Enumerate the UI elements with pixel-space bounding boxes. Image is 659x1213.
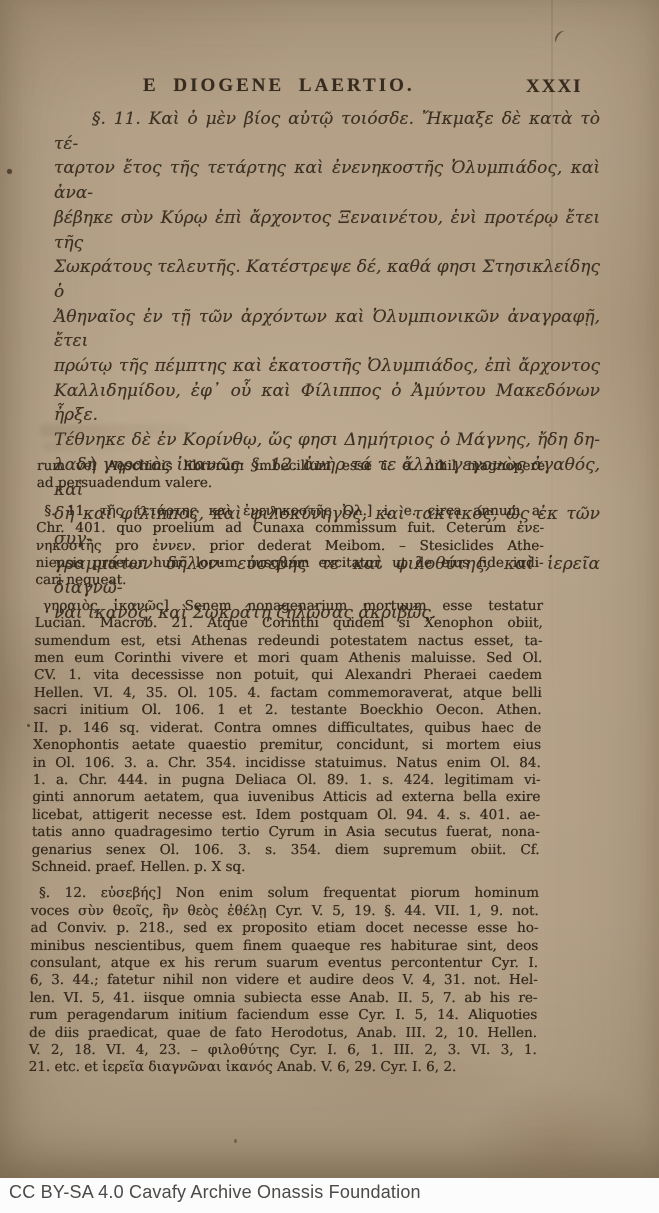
text-line: πρώτῳ τῆς πέμπτης καὶ ἑκατοστῆς Ὀλυμπιάδ…	[54, 354, 600, 379]
paper-speck	[7, 169, 12, 174]
text-line: minibus nescientibus, quem finem quaeque…	[30, 938, 538, 955]
commentary-paragraph: §. 11. τῆς τετάρτης καὶ ἐνενηκοστῆς Ὀλ.]…	[35, 503, 544, 590]
text-line: sumendum est, etsi Athenas redeundi pote…	[34, 633, 542, 650]
text-line: len. VI. 5, 41. iisque omnia subiecta es…	[29, 990, 537, 1007]
text-line: §. 11. τῆς τετάρτης καὶ ἐνενηκοστῆς Ὀλ.]…	[36, 503, 544, 520]
license-text: CC BY-SA 4.0 Cavafy Archive Onassis Foun…	[9, 1182, 421, 1203]
text-line: sacri initium Ol. 106. 1 et 2. testante …	[33, 702, 541, 719]
text-line: Hellen. VI. 4, 35. Ol. 105. 4. factam co…	[34, 685, 542, 702]
text-line: II. p. 146 sq. viderat. Contra omnes dif…	[33, 720, 541, 737]
text-line: voces σὺν θεοῖς, ἢν θεὸς ἐθέλῃ Cyr. V. 5…	[31, 903, 539, 920]
ink-bleedthrough-smudge	[40, 424, 190, 437]
margin-dot	[27, 724, 30, 727]
commentary-paragraph: §. 12. εὐσεβής] Non enim solum frequenta…	[28, 885, 539, 1076]
text-line: niensis praeter hunc locum nusquam excit…	[35, 555, 543, 572]
text-line: §. 11. Καὶ ὁ μὲν βίος αὐτῷ τοιόσδε. Ἤκμα…	[54, 107, 600, 156]
text-line: rum vel Aeschinis librorum imbecillum es…	[37, 458, 545, 475]
text-line: §. 12. εὐσεβής] Non enim solum frequenta…	[31, 885, 539, 902]
text-line: ταρτον ἔτος τῆς τετάρτης καὶ ἐνενηκοστῆς…	[54, 156, 600, 205]
text-line: Ἀθηναῖος ἐν τῇ τῶν ἀρχόντων καὶ Ὀλυμπιον…	[54, 305, 600, 354]
text-line: de diis praedicat, quae de fato Herodotu…	[29, 1025, 537, 1042]
text-line: 6, 3. 44.; fatetur nihil non videre et a…	[30, 972, 538, 989]
scanned-book-page-viewer: E DIOGENE LAERTIO. XXXI §. 11. Καὶ ὁ μὲν…	[0, 0, 659, 1213]
text-line: νηκοστῆς pro ἐννεν. prior dederat Meibom…	[36, 538, 544, 555]
text-line: men eum Corinthi vivere et mori quam Ath…	[34, 650, 542, 667]
commentary-paragraph: γηραιὸς ἱκανῶς] Senem nonagenarium mortu…	[31, 598, 543, 877]
text-line: γηραιὸς ἱκανῶς] Senem nonagenarium mortu…	[35, 598, 543, 615]
text-line: βέβηκε σὺν Κύρῳ ἐπὶ ἄρχοντος Ξεναινέτου,…	[54, 206, 600, 255]
text-line: V. 2, 18. VI. 4, 23. – φιλοθύτης Cyr. I.…	[29, 1042, 537, 1059]
ink-bleedthrough-smudge	[42, 442, 130, 451]
running-title: E DIOGENE LAERTIO.	[143, 75, 483, 97]
text-line: Chr. 401. quo proelium ad Cunaxa commiss…	[36, 520, 544, 537]
text-line: in Ol. 106. 3. a. Chr. 354. incidisse st…	[33, 755, 541, 772]
text-line: genarius senex Ol. 106. 3. s. 354. diem …	[31, 842, 539, 859]
text-line: Schneid. praef. Hellen. p. X sq.	[31, 859, 539, 876]
text-line: Καλλιδημίδου, ἐφ᾽ οὗ καὶ Φίλιππος ὁ Ἀμύν…	[54, 379, 600, 428]
text-line: Lucian. Macrob. 21. Atque Corinthi quide…	[35, 615, 543, 632]
text-line: CV. 1. vita decessisse non potuit, qui A…	[34, 667, 542, 684]
license-bar: CC BY-SA 4.0 Cavafy Archive Onassis Foun…	[0, 1178, 659, 1213]
ink-mark	[553, 28, 568, 45]
text-line: consulant, atque ex his rerum suarum eve…	[30, 955, 538, 972]
commentary: rum vel Aeschinis librorum imbecillum es…	[28, 458, 545, 1077]
text-line: ad persuadendum valere.	[37, 475, 545, 492]
text-line: Xenophontis aetate quaestio premitur, co…	[33, 737, 541, 754]
text-line: Σωκράτους τελευτῆς. Κατέστρεψε δέ, καθά …	[54, 255, 600, 304]
text-line: ad Conviv. p. 218., sed ex proposito eti…	[30, 920, 538, 937]
paper-speck	[234, 1139, 237, 1143]
text-line: 1. a. Chr. 444. in pugna Deliaca Ol. 89.…	[32, 772, 540, 789]
text-line: tatis anno quadragesimo tertio Cyrum in …	[32, 824, 540, 841]
text-line: licebat, attigerit necesse est. Idem pos…	[32, 807, 540, 824]
text-line: ginti annorum aetatem, qua iuvenibus Att…	[32, 789, 540, 806]
commentary-paragraph: rum vel Aeschinis librorum imbecillum es…	[37, 458, 545, 493]
page-number: XXXI	[526, 76, 583, 98]
text-line: cari nequeat.	[35, 572, 543, 589]
book-page-scan: E DIOGENE LAERTIO. XXXI §. 11. Καὶ ὁ μὲν…	[0, 0, 659, 1178]
text-line: rum peragendarum initium faciendum esse …	[29, 1007, 537, 1024]
text-line: 21. etc. et ἱερεῖα διαγνῶναι ἱκανός Anab…	[28, 1059, 536, 1076]
